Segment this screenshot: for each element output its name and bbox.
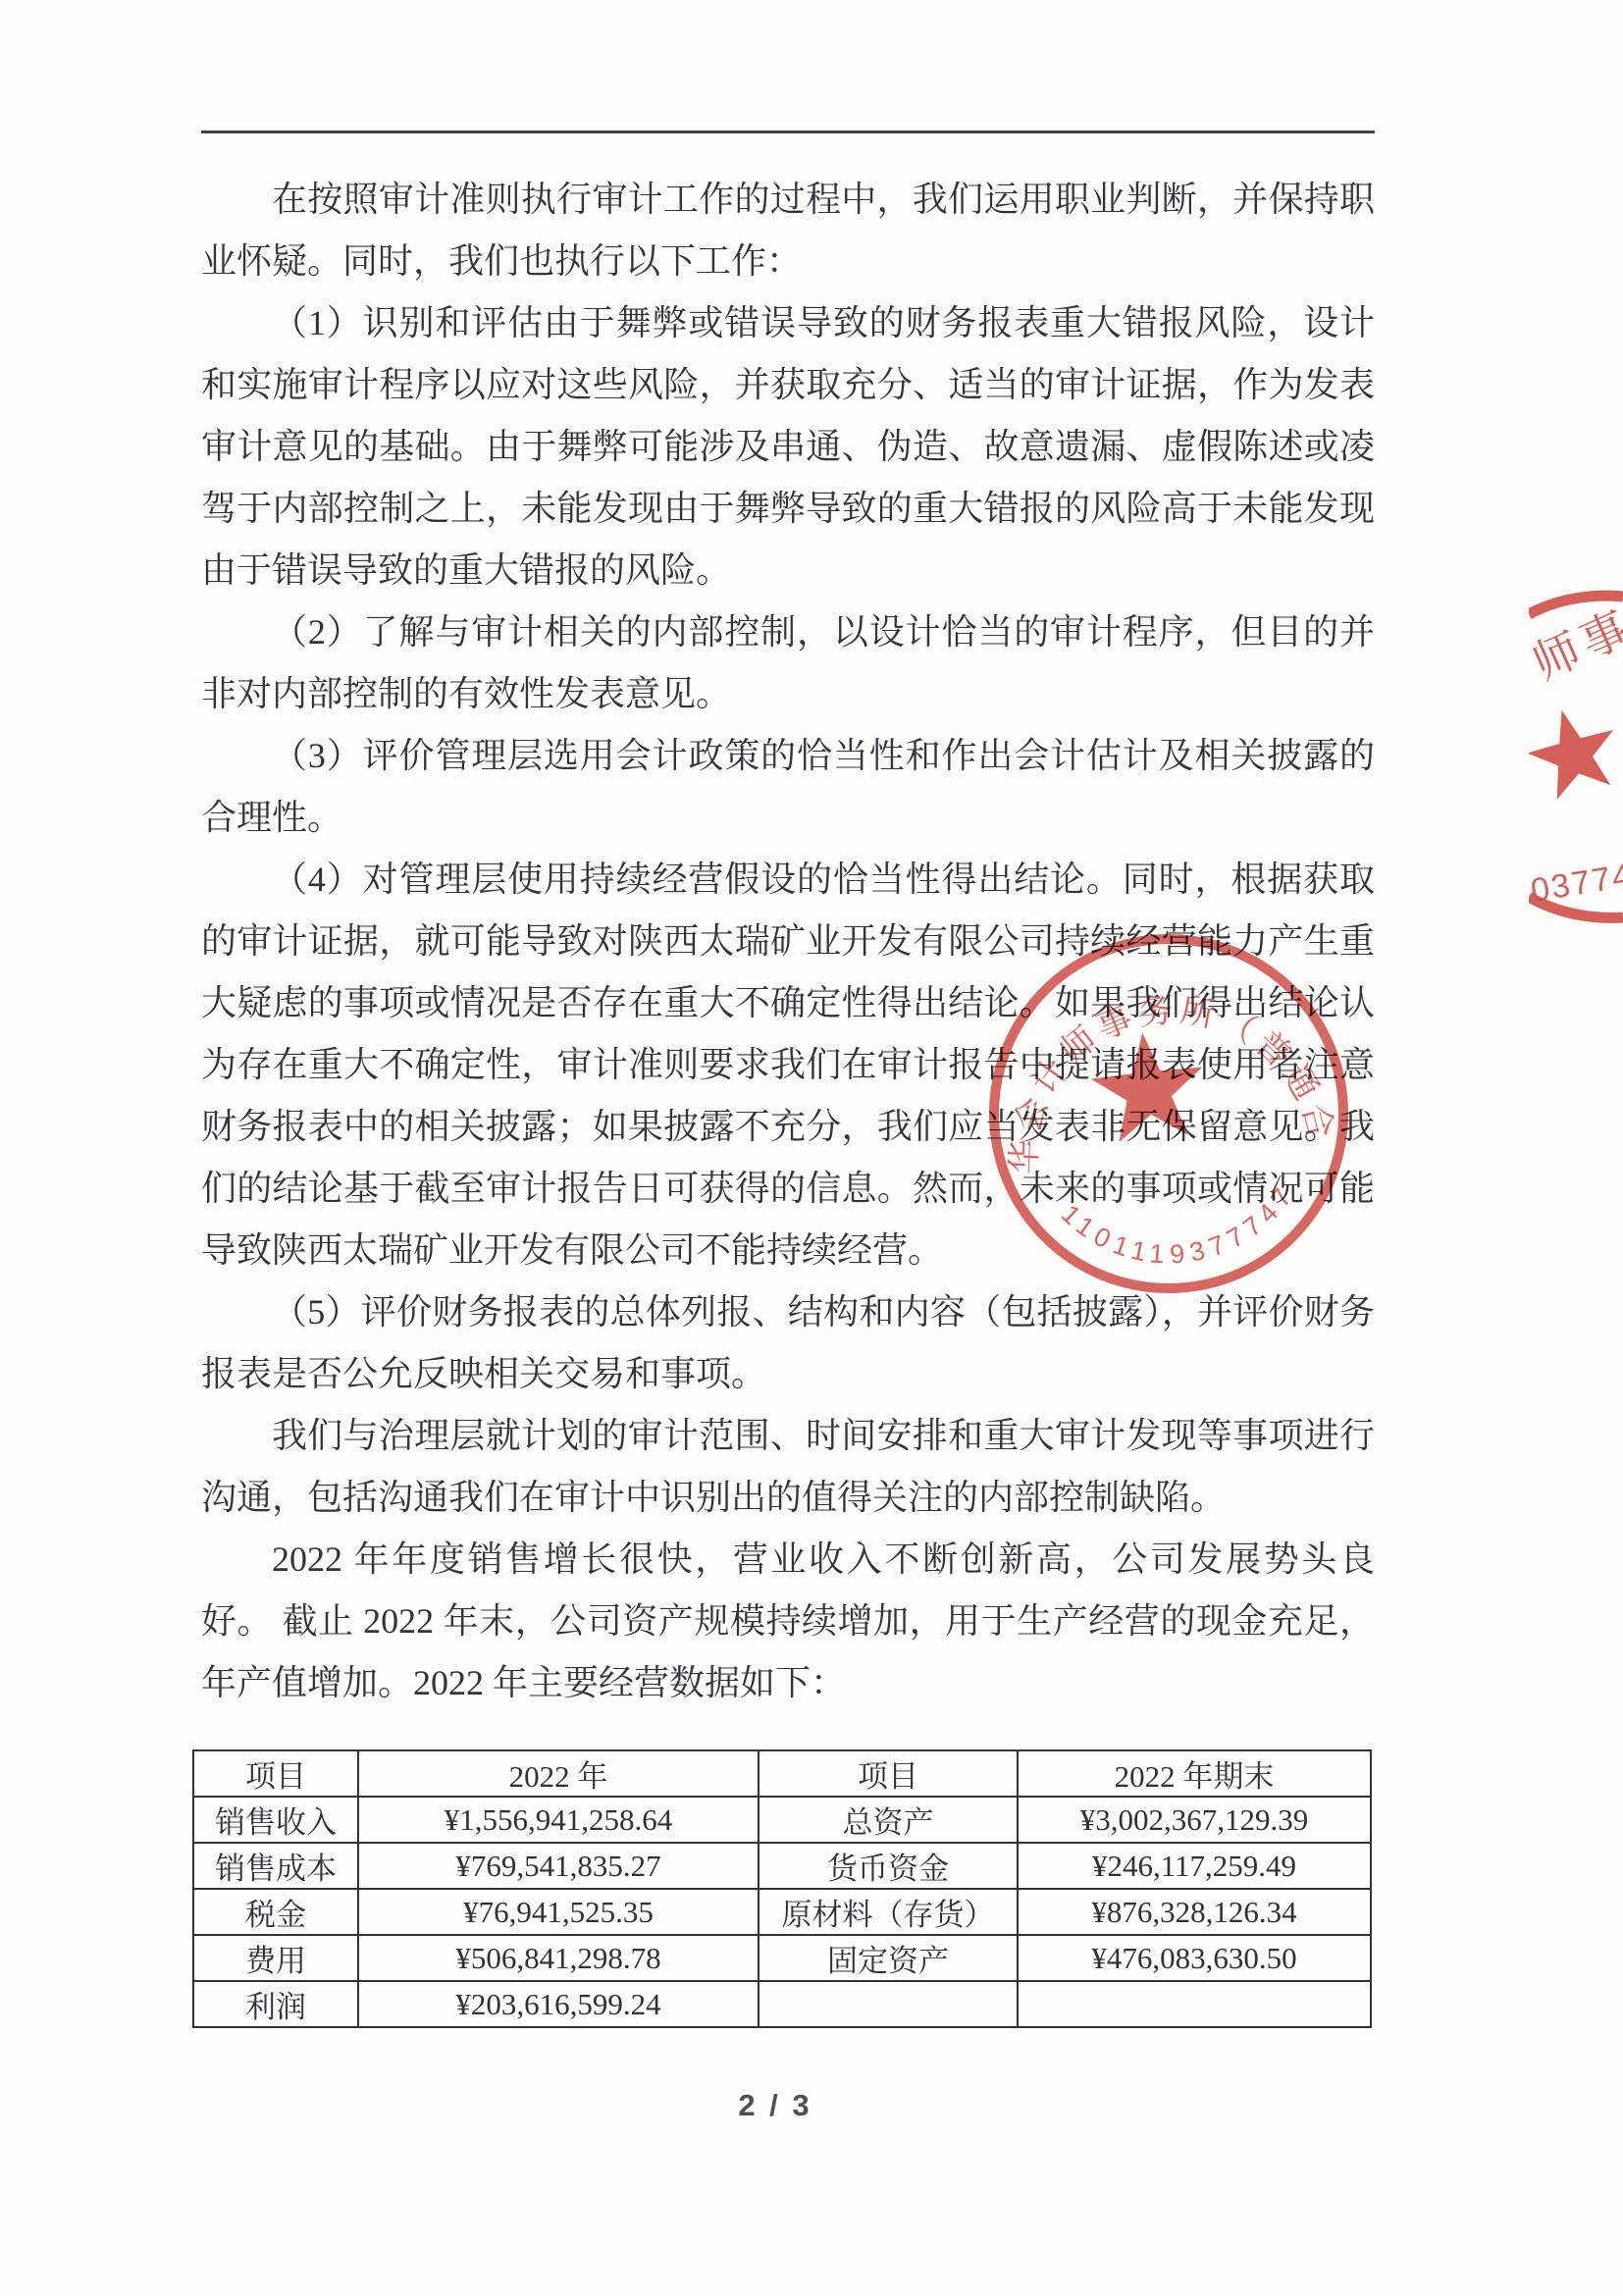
table-cell: ¥3,002,367,129.39	[1018, 1797, 1371, 1843]
paragraph-2022-summary: 2022 年年度销售增长很快，营业收入不断创新高，公司发展势头良好。 截止 20…	[201, 1529, 1375, 1714]
table-header-2022: 2022 年	[358, 1750, 759, 1797]
paragraph-item-4: （4）对管理层使用持续经营假设的恰当性得出结论。同时，根据获取的审计证据，就可能…	[201, 849, 1375, 1281]
edge-seal-bottom-arc	[1529, 897, 1623, 917]
edge-seal-serial: 03774	[1529, 857, 1623, 910]
table-cell: 销售收入	[193, 1797, 358, 1843]
table-header-item-left: 项目	[193, 1750, 358, 1797]
table-header-2022-end: 2022 年期末	[1018, 1750, 1371, 1797]
paragraph-item-5: （5）评价财务报表的总体列报、结构和内容（包括披露），并评价财务报表是否公允反映…	[201, 1281, 1375, 1405]
star-icon	[1529, 699, 1623, 804]
page-number: 2 / 3	[0, 2088, 1550, 2123]
table-header-item-right: 项目	[759, 1750, 1018, 1797]
table-row: 销售收入 ¥1,556,941,258.64 总资产 ¥3,002,367,12…	[193, 1797, 1371, 1843]
table-header-row: 项目 2022 年 项目 2022 年期末	[193, 1750, 1371, 1797]
paragraph-item-3: （3）评价管理层选用会计政策的恰当性和作出会计估计及相关披露的合理性。	[201, 725, 1375, 849]
document-page: 在按照审计准则执行审计工作的过程中，我们运用职业判断，并保持职业怀疑。同时，我们…	[0, 0, 1623, 2296]
table-cell: ¥1,556,941,258.64	[358, 1797, 759, 1843]
table-cell: ¥246,117,259.49	[1018, 1843, 1371, 1889]
paragraph-item-2: （2）了解与审计相关的内部控制，以设计恰当的审计程序，但目的并非对内部控制的有效…	[201, 601, 1375, 725]
table-row: 利润 ¥203,616,599.24	[193, 1981, 1371, 2027]
table-cell: 利润	[193, 1981, 358, 2027]
table-cell: ¥203,616,599.24	[358, 1981, 759, 2027]
paragraph-item-1: （1）识别和评估由于舞弊或错误导致的财务报表重大错报风险，设计和实施审计程序以应…	[201, 292, 1375, 601]
table-row: 销售成本 ¥769,541,835.27 货币资金 ¥246,117,259.4…	[193, 1843, 1371, 1889]
table-row: 税金 ¥76,941,525.35 原材料（存货） ¥876,328,126.3…	[193, 1889, 1371, 1935]
report-body: 在按照审计准则执行审计工作的过程中，我们运用职业判断，并保持职业怀疑。同时，我们…	[201, 169, 1375, 1714]
edge-seal-stamp: 师事 03774	[1529, 581, 1623, 926]
edge-seal-top-arc	[1529, 596, 1623, 614]
horizontal-rule	[201, 130, 1375, 133]
table-cell: ¥876,328,126.34	[1018, 1889, 1371, 1935]
table-cell: 货币资金	[759, 1843, 1018, 1889]
table-cell: 总资产	[759, 1797, 1018, 1843]
table-row: 费用 ¥506,841,298.78 固定资产 ¥476,083,630.50	[193, 1935, 1371, 1981]
paragraph-audit-process: 在按照审计准则执行审计工作的过程中，我们运用职业判断，并保持职业怀疑。同时，我们…	[201, 169, 1375, 292]
table-cell: 销售成本	[193, 1843, 358, 1889]
paragraph-governance: 我们与治理层就计划的审计范围、时间安排和重大审计发现等事项进行沟通，包括沟通我们…	[201, 1405, 1375, 1529]
operating-data-table: 项目 2022 年 项目 2022 年期末 销售收入 ¥1,556,941,25…	[192, 1749, 1372, 2028]
table-cell: ¥476,083,630.50	[1018, 1935, 1371, 1981]
table-cell: 税金	[193, 1889, 358, 1935]
table-cell: 原材料（存货）	[759, 1889, 1018, 1935]
table-cell	[759, 1981, 1018, 2027]
table-cell: ¥769,541,835.27	[358, 1843, 759, 1889]
edge-seal-ring-text: 师事	[1529, 601, 1623, 691]
table-cell: 固定资产	[759, 1935, 1018, 1981]
table-cell	[1018, 1981, 1371, 2027]
table-cell: ¥506,841,298.78	[358, 1935, 759, 1981]
table-cell: 费用	[193, 1935, 358, 1981]
table-cell: ¥76,941,525.35	[358, 1889, 759, 1935]
